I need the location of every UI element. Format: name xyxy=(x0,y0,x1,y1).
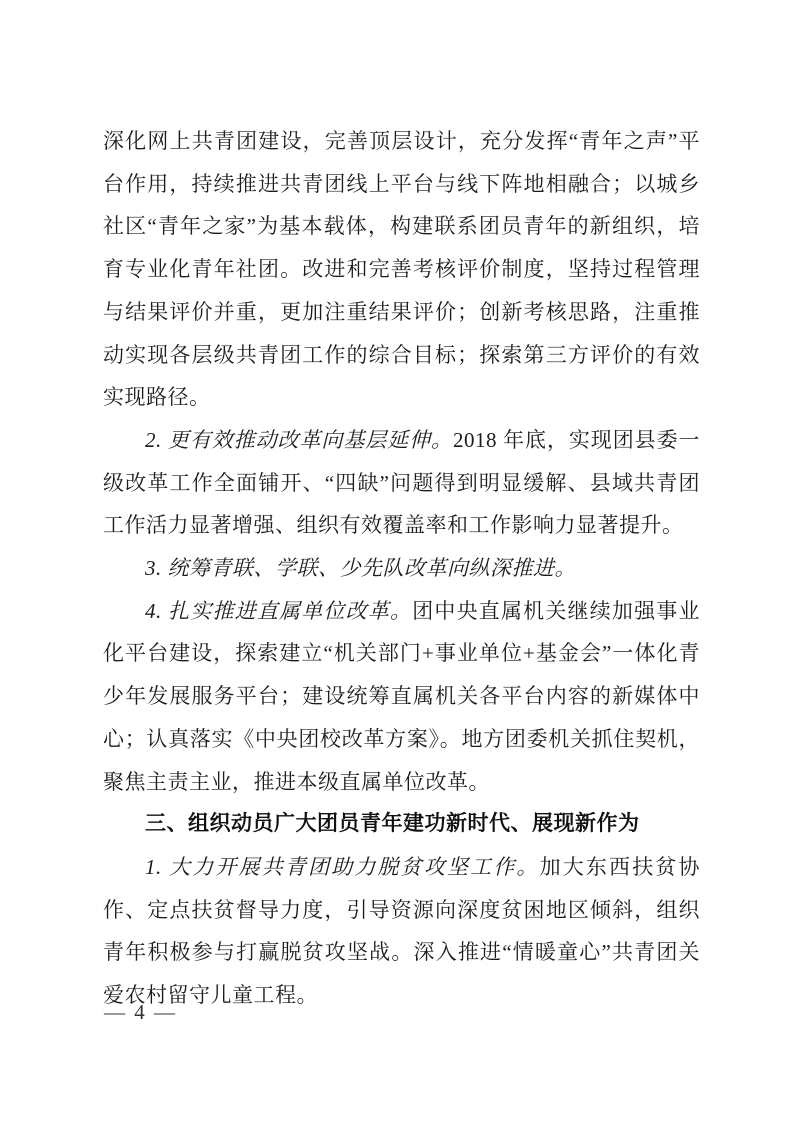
page-number: — 4 — xyxy=(104,1000,177,1025)
section-heading-text: 三、组织动员广大团员青年建功新时代、展现新作为 xyxy=(145,812,640,835)
paragraph-item-1: 1. 大力开展共青团助力脱贫攻坚工作。加大东西扶贫协作、定点扶贫督导力度，引导资… xyxy=(103,846,700,1017)
paragraph-text: 团中央直属机关继续加强事业化平台建设，探索建立“机关部门+事业单位+基金会”一体… xyxy=(103,599,700,794)
item-lead-in: 2. 更有效推动改革向基层延伸。 xyxy=(145,428,453,452)
document-page: 深化网上共青团建设，完善顶层设计，充分发挥“青年之声”平台作用，持续推进共青团线… xyxy=(0,0,793,1122)
section-heading: 三、组织动员广大团员青年建功新时代、展现新作为 xyxy=(103,803,700,846)
paragraph-item-3: 3. 统筹青联、学联、少先队改革向纵深推进。 xyxy=(103,547,700,590)
item-lead-in: 4. 扎实推进直属单位改革。 xyxy=(145,599,412,623)
document-body: 深化网上共青团建设，完善顶层设计，充分发挥“青年之声”平台作用，持续推进共青团线… xyxy=(103,120,700,1017)
item-lead-in: 1. 大力开展共青团助力脱贫攻坚工作。 xyxy=(145,855,540,879)
item-lead-in: 3. 统筹青联、学联、少先队改革向纵深推进。 xyxy=(145,556,576,580)
paragraph-text: 深化网上共青团建设，完善顶层设计，充分发挥“青年之声”平台作用，持续推进共青团线… xyxy=(103,129,700,409)
paragraph-item-2: 2. 更有效推动改革向基层延伸。2018 年底，实现团县委一级改革工作全面铺开、… xyxy=(103,419,700,547)
paragraph-item-4: 4. 扎实推进直属单位改革。团中央直属机关继续加强事业化平台建设，探索建立“机关… xyxy=(103,590,700,804)
paragraph-continuation: 深化网上共青团建设，完善顶层设计，充分发挥“青年之声”平台作用，持续推进共青团线… xyxy=(103,120,700,419)
